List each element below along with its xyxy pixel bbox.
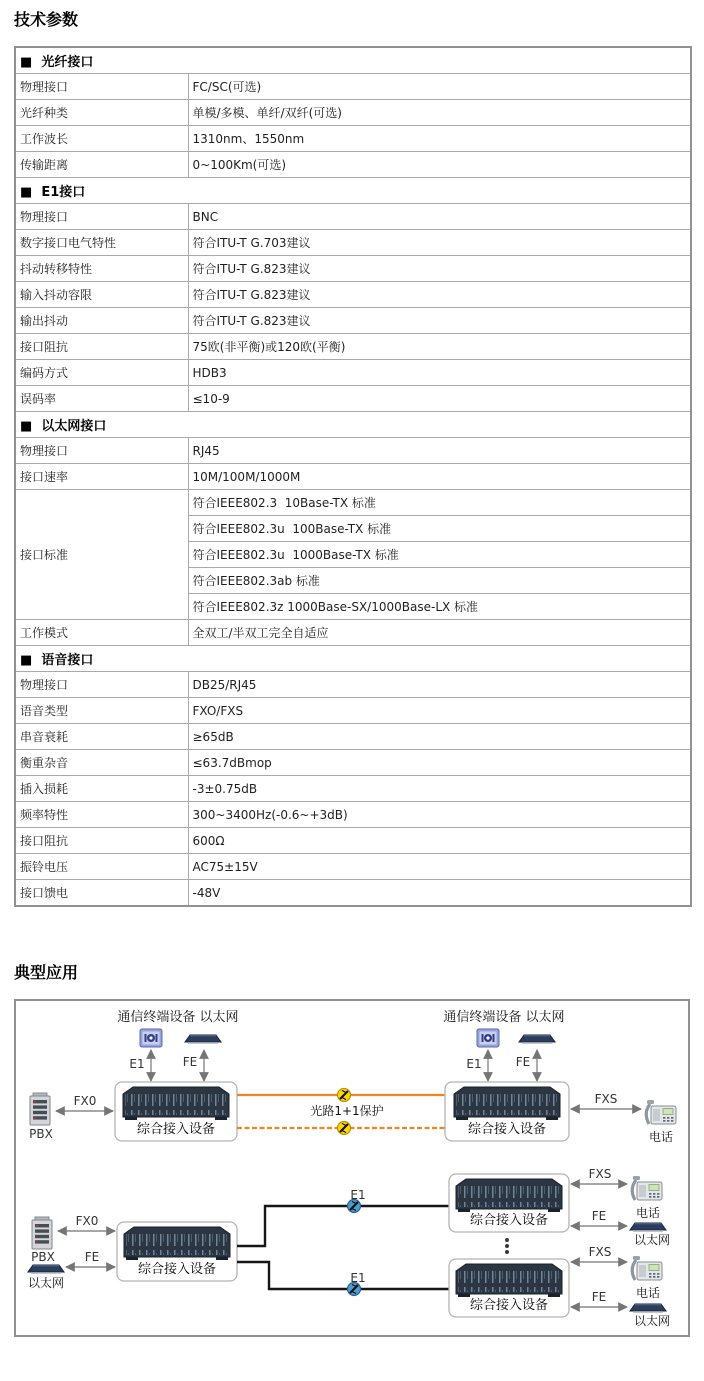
spec-section-header-row: ■ E1接口: [15, 178, 691, 204]
ethernet-label: 以太网: [28, 1275, 64, 1290]
spec-section-header-row: ■ 以太网接口: [15, 412, 691, 438]
access-device-label: 综合接入设备: [470, 1212, 548, 1228]
terminal-device-icon: [140, 1029, 162, 1047]
pbx-icon: [32, 1217, 52, 1249]
fiber-node-icon: [338, 1089, 351, 1102]
spec-label-cell: 编码方式: [15, 360, 188, 386]
spec-table-body: ■ 光纤接口物理接口FC/SC(可选)光纤种类单模/多模、单纤/双纤(可选)工作…: [15, 47, 691, 906]
spec-value-cell: 10M/100M/1000M: [188, 464, 691, 490]
spec-label-cell: 工作波长: [15, 126, 188, 152]
spec-label-cell: 插入损耗: [15, 776, 188, 802]
spec-row: 误码率≤10-9: [15, 386, 691, 412]
spec-row: 工作波长1310nm、1550nm: [15, 126, 691, 152]
ethernet-switch-icon: [630, 1304, 666, 1313]
spec-section-header-row: ■ 光纤接口: [15, 47, 691, 74]
spec-value-cell: 符合IEEE802.3u 100Base-TX 标准: [188, 516, 691, 542]
spec-row: 接口馈电-48V: [15, 880, 691, 907]
spec-label-cell: 接口速率: [15, 464, 188, 490]
spec-label-cell: 语音类型: [15, 698, 188, 724]
fiber-node-icon: [338, 1122, 351, 1135]
spec-value-cell: -48V: [188, 880, 691, 907]
spec-table: ■ 光纤接口物理接口FC/SC(可选)光纤种类单模/多模、单纤/双纤(可选)工作…: [14, 46, 692, 907]
spec-label-cell: 输入抖动容限: [15, 282, 188, 308]
spec-label-cell: 频率特性: [15, 802, 188, 828]
spec-value-cell: 符合IEEE802.3u 1000Base-TX 标准: [188, 542, 691, 568]
spec-value-cell: 符合IEEE802.3z 1000Base-SX/1000Base-LX 标准: [188, 594, 691, 620]
spec-label-cell: 接口阻抗: [15, 828, 188, 854]
spec-row: 接口阻抗600Ω: [15, 828, 691, 854]
access-device-label: 综合接入设备: [137, 1121, 215, 1137]
spec-label-cell: 衡重杂音: [15, 750, 188, 776]
e1-label: E1: [466, 1057, 481, 1071]
spec-section-header-row: ■ 语音接口: [15, 646, 691, 672]
fiber-protection-label: 光路1+1保护: [310, 1103, 383, 1118]
ethernet-label: 以太网: [634, 1232, 670, 1247]
fe-label: FE: [183, 1055, 197, 1069]
spec-row: 频率特性300~3400Hz(-0.6~+3dB): [15, 802, 691, 828]
spec-row: 工作模式全双工/半双工完全自适应: [15, 620, 691, 646]
pbx-label: PBX: [31, 1250, 55, 1264]
spec-label-cell: 物理接口: [15, 204, 188, 230]
e1-trunk-top: [237, 1206, 449, 1246]
spec-row: 传输距离0~100Km(可选): [15, 152, 691, 178]
spec-label-cell: 串音衰耗: [15, 724, 188, 750]
spec-value-cell: AC75±15V: [188, 854, 691, 880]
fxs-label: FXS: [589, 1167, 612, 1181]
spec-value-cell: BNC: [188, 204, 691, 230]
fx0-label: FX0: [74, 1094, 97, 1108]
access-device-label: 综合接入设备: [470, 1297, 548, 1313]
spec-value-cell: 300~3400Hz(-0.6~+3dB): [188, 802, 691, 828]
ethernet-switch-icon: [185, 1035, 221, 1044]
telephone-icon: [646, 1100, 676, 1124]
spec-value-cell: 单模/多模、单纤/双纤(可选): [188, 100, 691, 126]
spec-value-cell: 符合IEEE802.3ab 标准: [188, 568, 691, 594]
spec-section-header: ■ 以太网接口: [15, 412, 691, 438]
fe-label: FE: [516, 1055, 530, 1069]
spec-value-cell: 符合ITU-T G.703建议: [188, 230, 691, 256]
telephone-label: 电话: [636, 1285, 660, 1300]
spec-row: 接口阻抗75欧(非平衡)或120欧(平衡): [15, 334, 691, 360]
spec-value-cell: ≥65dB: [188, 724, 691, 750]
spec-label-cell: 输出抖动: [15, 308, 188, 334]
spec-label-cell: 接口阻抗: [15, 334, 188, 360]
spec-value-cell: -3±0.75dB: [188, 776, 691, 802]
ethernet-switch-icon: [519, 1035, 555, 1044]
telephone-label: 电话: [649, 1129, 673, 1144]
spec-value-cell: ≤63.7dBmop: [188, 750, 691, 776]
rack-device-image: [123, 1087, 229, 1120]
spec-value-cell: 符合IEEE802.3 10Base-TX 标准: [188, 490, 691, 516]
rack-device-image: [456, 1179, 562, 1212]
spec-row: 编码方式HDB3: [15, 360, 691, 386]
terminal-group-label-right: 通信终端设备 以太网: [443, 1009, 564, 1025]
e1-label: E1: [129, 1057, 144, 1071]
e1-label: E1: [350, 1271, 365, 1285]
spec-row: 物理接口DB25/RJ45: [15, 672, 691, 698]
spec-row: 衡重杂音≤63.7dBmop: [15, 750, 691, 776]
spec-row: 插入损耗-3±0.75dB: [15, 776, 691, 802]
spec-value-cell: RJ45: [188, 438, 691, 464]
access-device-label: 综合接入设备: [138, 1261, 216, 1277]
ethernet-label: 以太网: [634, 1313, 670, 1328]
spec-label-cell: 抖动转移特性: [15, 256, 188, 282]
spec-label-cell: 传输距离: [15, 152, 188, 178]
rack-device-image: [124, 1227, 230, 1260]
fe-label: FE: [85, 1250, 99, 1264]
spec-label-cell: 工作模式: [15, 620, 188, 646]
spec-label-cell: 物理接口: [15, 74, 188, 100]
spec-row: 串音衰耗≥65dB: [15, 724, 691, 750]
spec-label-cell: 物理接口: [15, 672, 188, 698]
access-device-label: 综合接入设备: [468, 1121, 546, 1137]
spec-value-cell: 0~100Km(可选): [188, 152, 691, 178]
fe-label: FE: [592, 1209, 606, 1223]
spec-row: 输入抖动容限符合ITU-T G.823建议: [15, 282, 691, 308]
telephone-label: 电话: [636, 1205, 660, 1220]
fxs-label: FXS: [589, 1245, 612, 1259]
application-title: 典型应用: [14, 963, 704, 983]
spec-row: 接口标准符合IEEE802.3 10Base-TX 标准: [15, 490, 691, 516]
page-title: 技术参数: [14, 10, 704, 30]
spec-row: 接口速率10M/100M/1000M: [15, 464, 691, 490]
rack-device-image: [456, 1264, 562, 1297]
spec-value-cell: 75欧(非平衡)或120欧(平衡): [188, 334, 691, 360]
spec-row: 振铃电压AC75±15V: [15, 854, 691, 880]
fxs-label: FXS: [595, 1092, 618, 1106]
terminal-device-icon: [477, 1029, 499, 1047]
spec-value-cell: 符合ITU-T G.823建议: [188, 308, 691, 334]
spec-section-header: ■ 语音接口: [15, 646, 691, 672]
e1-label: E1: [350, 1188, 365, 1202]
spec-value-cell: FC/SC(可选): [188, 74, 691, 100]
spec-row: 物理接口BNC: [15, 204, 691, 230]
telephone-icon: [632, 1176, 662, 1200]
pbx-icon: [30, 1093, 50, 1125]
more-devices-ellipsis: [505, 1238, 509, 1254]
fe-label: FE: [592, 1290, 606, 1304]
diagram-canvas: 通信终端设备 以太网 E1 FE PBX FX0 综合接入设备 光路1+1保护 …: [16, 1001, 688, 1335]
spec-section-header: ■ 光纤接口: [15, 47, 691, 74]
spec-value-cell: 600Ω: [188, 828, 691, 854]
ethernet-switch-icon: [28, 1265, 64, 1274]
terminal-group-label-left: 通信终端设备 以太网: [117, 1009, 238, 1025]
spec-value-cell: 符合ITU-T G.823建议: [188, 282, 691, 308]
spec-row: 数字接口电气特性符合ITU-T G.703建议: [15, 230, 691, 256]
spec-value-cell: FXO/FXS: [188, 698, 691, 724]
spec-label-cell: 误码率: [15, 386, 188, 412]
spec-row: 物理接口FC/SC(可选): [15, 74, 691, 100]
spec-label-cell: 接口馈电: [15, 880, 188, 907]
spec-value-cell: 全双工/半双工完全自适应: [188, 620, 691, 646]
e1-trunk-bottom: [237, 1262, 449, 1289]
spec-row: 抖动转移特性符合ITU-T G.823建议: [15, 256, 691, 282]
spec-row: 物理接口RJ45: [15, 438, 691, 464]
spec-label-cell: 接口标准: [15, 490, 188, 620]
spec-section-header: ■ E1接口: [15, 178, 691, 204]
spec-value-cell: 符合ITU-T G.823建议: [188, 256, 691, 282]
pbx-label: PBX: [29, 1127, 53, 1141]
spec-value-cell: DB25/RJ45: [188, 672, 691, 698]
spec-value-cell: ≤10-9: [188, 386, 691, 412]
ethernet-switch-icon: [630, 1223, 666, 1232]
spec-value-cell: 1310nm、1550nm: [188, 126, 691, 152]
spec-row: 语音类型FXO/FXS: [15, 698, 691, 724]
spec-label-cell: 物理接口: [15, 438, 188, 464]
spec-label-cell: 振铃电压: [15, 854, 188, 880]
spec-value-cell: HDB3: [188, 360, 691, 386]
spec-row: 输出抖动符合ITU-T G.823建议: [15, 308, 691, 334]
spec-label-cell: 数字接口电气特性: [15, 230, 188, 256]
spec-label-cell: 光纤种类: [15, 100, 188, 126]
telephone-icon: [632, 1256, 662, 1280]
rack-device-image: [454, 1087, 560, 1120]
spec-row: 光纤种类单模/多模、单纤/双纤(可选): [15, 100, 691, 126]
typical-application-diagram: 通信终端设备 以太网 E1 FE PBX FX0 综合接入设备 光路1+1保护 …: [14, 999, 690, 1337]
fx0-label: FX0: [76, 1214, 99, 1228]
